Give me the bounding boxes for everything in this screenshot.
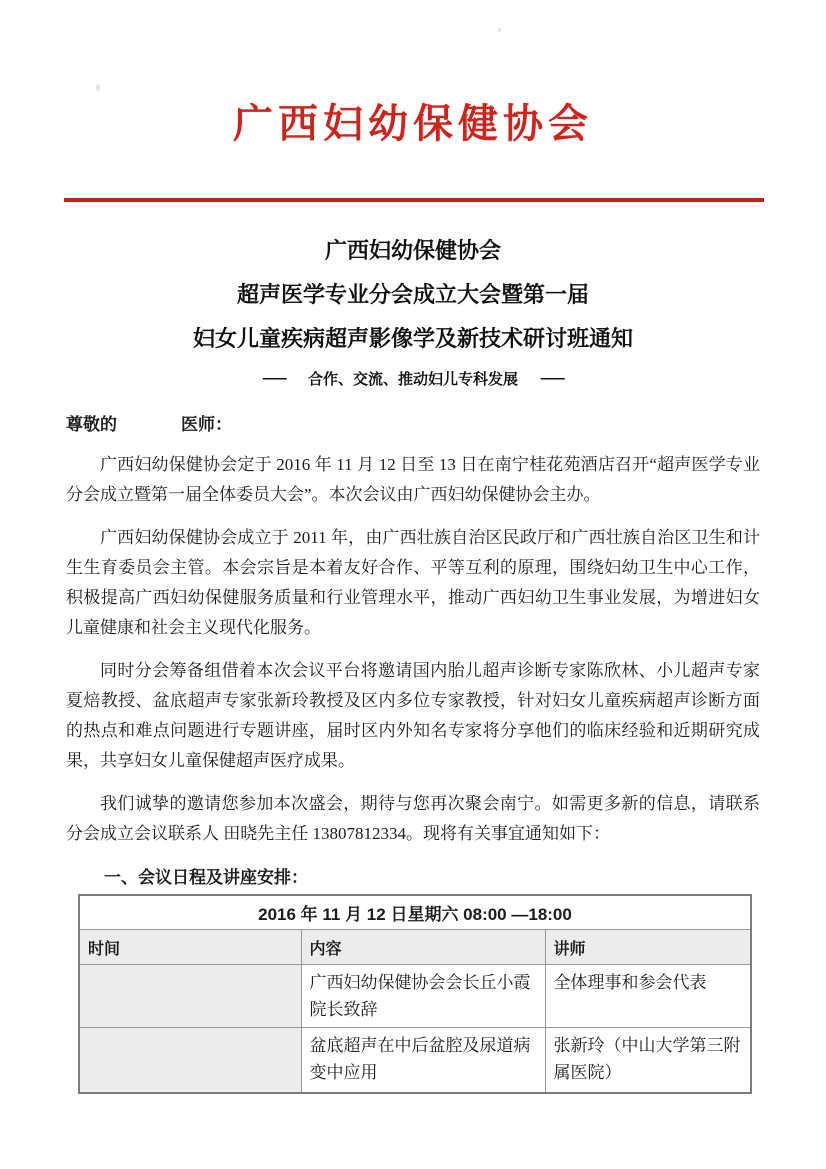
table-header-row: 时间 内容 讲师 (79, 930, 751, 965)
document-page: 广西妇幼保健协会 广西妇幼保健协会 超声医学专业分会成立大会暨第一届 妇女儿童疾… (0, 0, 826, 1169)
slogan-line: — 合作、交流、推动妇儿专科发展 — (0, 368, 826, 389)
title-line-2: 超声医学专业分会成立大会暨第一届 (0, 273, 826, 317)
cell-content: 广西妇幼保健协会会长丘小霞院长致辞 (301, 965, 545, 1028)
paragraph-meeting-announcement: 广西妇幼保健协会定于 2016 年 11 月 12 日至 13 日在南宁桂花苑酒… (66, 450, 760, 510)
scan-speck (96, 84, 100, 91)
salutation: 尊敬的 医师： (66, 413, 760, 437)
cell-speaker: 全体理事和参会代表 (545, 965, 751, 1028)
paragraph-invited-experts: 同时分会筹备组借着本次会议平台将邀请国内胎儿超声诊断专家陈欣林、小儿超声专家夏焙… (66, 656, 760, 776)
column-header-time: 时间 (79, 930, 301, 965)
cell-time (79, 1028, 301, 1094)
letterhead-org-name: 广西妇幼保健协会 (0, 0, 826, 147)
column-header-content: 内容 (301, 930, 545, 965)
scan-speck (498, 28, 501, 32)
slogan-right-dash: — (541, 370, 563, 387)
cell-speaker: 张新玲（中山大学第三附属医院） (545, 1028, 751, 1094)
paragraph-association-intro: 广西妇幼保健协会成立于 2011 年，由广西壮族自治区民政厅和广西壮族自治区卫生… (66, 523, 760, 643)
document-title: 广西妇幼保健协会 超声医学专业分会成立大会暨第一届 妇女儿童疾病超声影像学及新技… (0, 229, 826, 361)
schedule-table: 2016 年 11 月 12 日星期六 08:00 —18:00 时间 内容 讲… (78, 894, 752, 1094)
salutation-prefix: 尊敬的 (66, 413, 117, 437)
schedule-section-heading: 一、会议日程及讲座安排： (104, 866, 760, 890)
slogan-left-dash: — (263, 370, 285, 387)
table-row: 广西妇幼保健协会会长丘小霞院长致辞 全体理事和参会代表 (79, 965, 751, 1028)
cell-content: 盆底超声在中后盆腔及尿道病变中应用 (301, 1028, 545, 1094)
letterhead-divider-rule (64, 198, 764, 202)
table-row: 盆底超声在中后盆腔及尿道病变中应用 张新玲（中山大学第三附属医院） (79, 1028, 751, 1094)
body-text: 广西妇幼保健协会定于 2016 年 11 月 12 日至 13 日在南宁桂花苑酒… (66, 450, 760, 849)
title-line-1: 广西妇幼保健协会 (0, 229, 826, 273)
title-line-3: 妇女儿童疾病超声影像学及新技术研讨班通知 (0, 317, 826, 361)
paragraph-invitation-contact: 我们诚挚的邀请您参加本次盛会，期待与您再次聚会南宁。如需更多新的信息，请联系分会… (66, 789, 760, 849)
slogan-text: 合作、交流、推动妇儿专科发展 (308, 368, 518, 389)
cell-time (79, 965, 301, 1028)
salutation-suffix: 医师： (181, 413, 232, 437)
column-header-speaker: 讲师 (545, 930, 751, 965)
table-day-title: 2016 年 11 月 12 日星期六 08:00 —18:00 (79, 895, 751, 930)
table-day-title-row: 2016 年 11 月 12 日星期六 08:00 —18:00 (79, 895, 751, 930)
